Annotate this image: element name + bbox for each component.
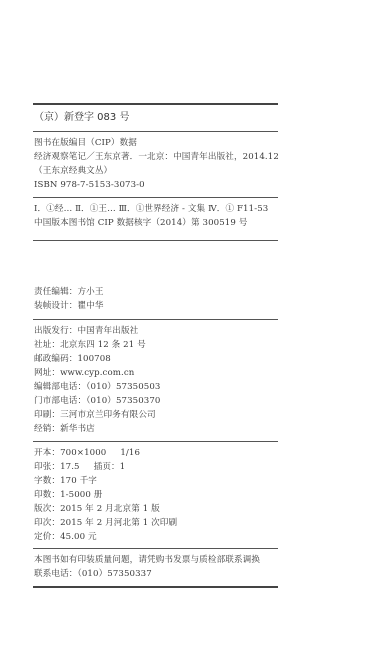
sheets-line: 印张：17.5插页：1 [34, 460, 177, 474]
top-rule [33, 103, 278, 105]
distributor-line: 经销：新华书店 [34, 422, 161, 436]
cip-line: （王东京经典文丛） [34, 164, 279, 178]
editors-block: 责任编辑：方小王 装帧设计：瞿中华 [34, 285, 104, 313]
cip-title: 图书在版编目（CIP）数据 [34, 136, 279, 150]
designer-line: 装帧设计：瞿中华 [34, 299, 104, 313]
address-line: 社址：北京东四 12 条 21 号 [34, 338, 161, 352]
format-label: 开本：700×1000 [34, 448, 106, 458]
price-line: 定价：45.00 元 [34, 530, 177, 544]
website-line: 网址：www.cyp.com.cn [34, 366, 161, 380]
rule-after-editors [33, 319, 278, 320]
notice-block: 本图书如有印装质量问题，请凭购书发票与质检部联系调换 联系电话：（010）573… [34, 553, 260, 581]
rule-after-specs [33, 548, 278, 549]
cip-data-block: 图书在版编目（CIP）数据 经济观察笔记／王东京著．一北京：中国青年出版社，20… [34, 136, 279, 192]
license-number: （京）新登字 083 号 [34, 108, 129, 123]
word-count-line: 字数：170 千字 [34, 474, 177, 488]
cip-line: ISBN 978-7-5153-3073-0 [34, 178, 279, 192]
notice-line: 本图书如有印装质量问题，请凭购书发票与质检部联系调换 [34, 553, 260, 567]
editorial-phone-line: 编辑部电话：（010）57350503 [34, 380, 161, 394]
format-line: 开本：700×10001/16 [34, 446, 177, 460]
edition-line: 版次：2015 年 2 月北京第 1 版 [34, 502, 177, 516]
rule-after-license [33, 131, 278, 132]
rule-after-classification [33, 240, 278, 241]
classification-block: Ⅰ．①经… Ⅱ．①王… Ⅲ．①世界经济 - 文集 Ⅳ．① F11-53 中国版本… [34, 202, 268, 230]
bottom-rule [33, 586, 278, 588]
contact-phone-line: 联系电话：（010）57350337 [34, 567, 260, 581]
publisher-line: 出版发行：中国青年出版社 [34, 324, 161, 338]
classification-line: 中国版本图书馆 CIP 数据核字（2014）第 300519 号 [34, 216, 268, 230]
printing-line: 印次：2015 年 2 月河北第 1 次印刷 [34, 516, 177, 530]
rule-after-cip [33, 197, 278, 198]
sheets-label: 印张：17.5 [34, 462, 80, 472]
postcode-line: 邮政编码：100708 [34, 352, 161, 366]
editor-line: 责任编辑：方小王 [34, 285, 104, 299]
printer-line: 印刷：三河市京兰印务有限公司 [34, 408, 161, 422]
publisher-block: 出版发行：中国青年出版社 社址：北京东四 12 条 21 号 邮政编码：1007… [34, 324, 161, 436]
cip-line: 经济观察笔记／王东京著．一北京：中国青年出版社，2014.12 [34, 150, 279, 164]
plates-label: 插页：1 [94, 462, 126, 472]
specs-block: 开本：700×10001/16 印张：17.5插页：1 字数：170 千字 印数… [34, 446, 177, 544]
classification-line: Ⅰ．①经… Ⅱ．①王… Ⅲ．①世界经济 - 文集 Ⅳ．① F11-53 [34, 202, 268, 216]
format-value: 1/16 [120, 448, 140, 458]
store-phone-line: 门市部电话：（010）57350370 [34, 394, 161, 408]
rule-after-publisher [33, 441, 278, 442]
print-run-line: 印数：1-5000 册 [34, 488, 177, 502]
